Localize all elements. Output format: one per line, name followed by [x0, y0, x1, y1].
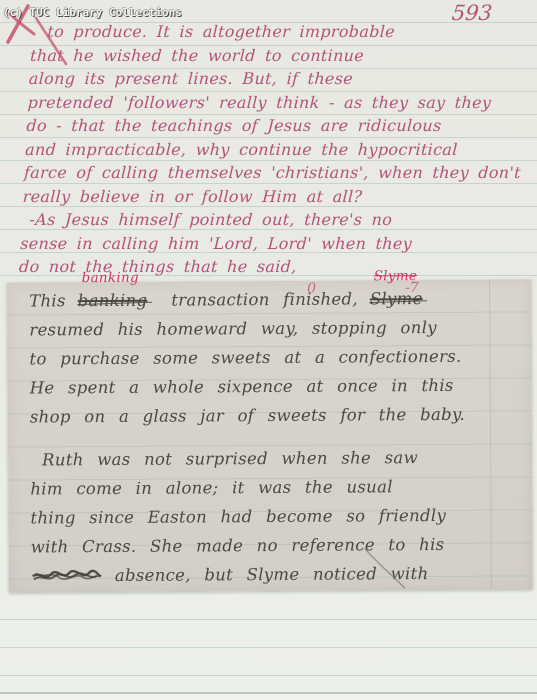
manuscript-line: farce of calling themselves 'christians'…	[23, 161, 529, 185]
manuscript-line: along its present lines. But, if these	[28, 67, 534, 91]
manuscript-line: with Crass. She made no reference to his	[31, 529, 529, 561]
manuscript-line: do - that the teachings of Jesus are rid…	[26, 114, 532, 138]
scribbled-out-word	[31, 563, 103, 592]
handwritten-text-pink: to produce. It is altogether improbable …	[18, 20, 537, 279]
line-prefix: This	[29, 291, 66, 310]
manuscript-line-with-corrections: Thisbankingbankingtransaction finished,S…	[29, 283, 527, 315]
watermark: (c) TUC Library Collections	[3, 6, 182, 19]
struck-out-word: Slyme	[370, 289, 423, 308]
manuscript-line: Ruth was not surprised when she saw	[30, 442, 528, 474]
line-middle: transaction finished,	[171, 289, 358, 309]
manuscript-line: He spent a whole sixpence at once in thi…	[30, 370, 528, 402]
manuscript-line: to produce. It is altogether improbable	[31, 20, 537, 44]
manuscript-line: really believe in or follow Him at all?	[22, 185, 528, 209]
manuscript-line: -As Jesus himself pointed out, there's n…	[21, 208, 527, 232]
manuscript-line-with-scribble: absence, but Slyme noticed with	[31, 558, 529, 592]
page-bottom-edge	[0, 692, 537, 700]
manuscript-line: him come in alone; it was the usual	[30, 471, 528, 503]
handwritten-text-black: Thisbankingbankingtransaction finished,S…	[29, 283, 529, 592]
manuscript-line: that he wished the world to continue	[30, 44, 536, 68]
manuscript-page-scan: (c) TUC Library Collections 593 to produ…	[0, 0, 537, 700]
ruled-lines-bottom	[0, 592, 537, 692]
pasted-manuscript-slip: 0 -7 Thisbankingbankingtransaction finis…	[7, 279, 533, 592]
manuscript-line: and impracticable, why continue the hypo…	[25, 138, 531, 162]
manuscript-line: shop on a glass jar of sweets for the ba…	[30, 399, 528, 431]
manuscript-line: pretended 'followers' really think - as …	[27, 91, 533, 115]
stray-pen-stroke	[361, 546, 411, 590]
manuscript-line: sense in calling him 'Lord, Lord' when t…	[20, 232, 526, 256]
red-ink-correction: banking	[82, 271, 139, 285]
struck-out-word: banking	[78, 291, 148, 310]
manuscript-line: to purchase some sweets at a confectione…	[29, 341, 527, 373]
red-ink-correction-struck: Slyme	[374, 269, 418, 283]
manuscript-line: resumed his homeward way, stopping only	[29, 312, 527, 344]
manuscript-line: thing since Easton had become so friendl…	[30, 500, 528, 532]
